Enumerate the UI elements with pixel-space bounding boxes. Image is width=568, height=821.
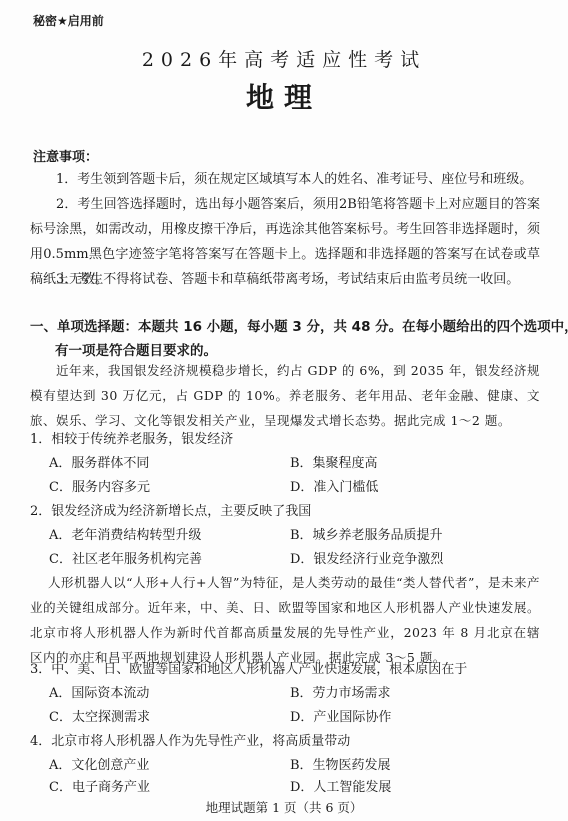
q3-option-b[interactable]: B．劳力市场需求	[290, 682, 391, 701]
section-heading-line1: 一、单项选择题：本题共 16 小题，每小题 3 分，共 48 分。在每小题给出的…	[30, 315, 568, 335]
q4-option-c[interactable]: C．电子商务产业	[49, 776, 150, 795]
q3-option-c[interactable]: C．太空探测需求	[49, 706, 150, 725]
subject-title: 地理	[0, 76, 568, 116]
passage-silver-economy-text: 近年来，我国银发经济规模稳步增长，约占 GDP 的 6%，到 2035 年，银发…	[30, 363, 540, 428]
q2-option-a[interactable]: A．老年消费结构转型升级	[49, 524, 201, 543]
q4-option-b[interactable]: B．生物医药发展	[290, 754, 391, 773]
page-footer: 地理试题第 1 页（共 6 页）	[0, 798, 568, 816]
q1-option-d[interactable]: D．准入门槛低	[290, 476, 378, 495]
question-2-stem: 2．银发经济成为经济新增长点，主要反映了我国	[30, 500, 311, 519]
q1-option-a[interactable]: A．服务群体不同	[49, 452, 149, 471]
q3-option-a[interactable]: A．国际资本流动	[49, 682, 149, 701]
notice-item-1: 1．考生领到答题卡后，须在规定区域填写本人的姓名、准考证号、座位号和班级。	[30, 167, 540, 192]
q4-option-a[interactable]: A．文化创意产业	[49, 754, 149, 773]
exam-title: 2026年高考适应性考试	[0, 45, 568, 72]
q2-option-c[interactable]: C．社区老年服务机构完善	[49, 548, 202, 567]
section-heading-line2: 有一项是符合题目要求的。	[55, 339, 217, 359]
question-3-stem: 3．中、美、日、欧盟等国家和地区人形机器人产业快速发展，根本原因在于	[30, 658, 467, 677]
q1-option-c[interactable]: C．服务内容多元	[49, 476, 150, 495]
q2-option-b[interactable]: B．城乡养老服务品质提升	[290, 524, 443, 543]
passage-humanoid-robots-text: 人形机器人以“人形+人行+人智”为特征，是人类劳动的最佳“类人替代者”，是未来产…	[30, 575, 540, 665]
q1-option-b[interactable]: B．集聚程度高	[290, 452, 378, 471]
passage-silver-economy: 近年来，我国银发经济规模稳步增长，约占 GDP 的 6%，到 2035 年，银发…	[30, 358, 540, 433]
passage-humanoid-robots: 人形机器人以“人形+人行+人智”为特征，是人类劳动的最佳“类人替代者”，是未来产…	[30, 570, 540, 670]
q2-option-d[interactable]: D．银发经济行业竞争激烈	[290, 548, 443, 567]
confidential-label: 秘密★启用前	[33, 12, 104, 29]
q3-option-d[interactable]: D．产业国际协作	[290, 706, 391, 725]
q4-option-d[interactable]: D．人工智能发展	[290, 776, 391, 795]
notice-item-3-text: 3．考生不得将试卷、答题卡和草稿纸带离考场，考试结束后由监考员统一收回。	[56, 272, 519, 287]
notice-heading: 注意事项：	[33, 146, 98, 165]
question-4-stem: 4．北京市将人形机器人作为先导性产业，将高质量带动	[30, 730, 350, 749]
notice-item-1-text: 1．考生领到答题卡后，须在规定区域填写本人的姓名、准考证号、座位号和班级。	[56, 172, 532, 187]
notice-item-3: 3．考生不得将试卷、答题卡和草稿纸带离考场，考试结束后由监考员统一收回。	[30, 267, 540, 292]
question-1-stem: 1．相较于传统养老服务，银发经济	[30, 428, 233, 447]
